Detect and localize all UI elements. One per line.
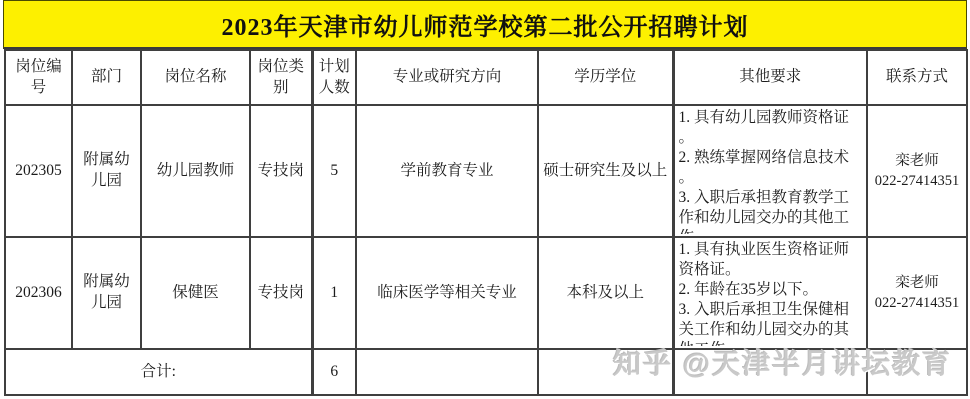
cell-total-label: 合计: bbox=[5, 349, 312, 395]
col-header-department: 部门 bbox=[72, 50, 141, 105]
table-row: 202306 附属幼儿园 保健医 专技岗 1 临床医学等相关专业 本科及以上 1… bbox=[5, 237, 967, 349]
cell-job-title: 保健医 bbox=[141, 237, 250, 349]
cell-total-count: 6 bbox=[312, 349, 356, 395]
zhihu-watermark: 知乎 @天津半月讲坛教育 bbox=[613, 342, 952, 382]
col-header-major: 专业或研究方向 bbox=[356, 50, 538, 105]
col-header-job-title: 岗位名称 bbox=[141, 50, 250, 105]
table-row: 202305 附属幼儿园 幼儿园教师 专技岗 5 学前教育专业 硕士研究生及以上… bbox=[5, 105, 967, 237]
cell-other-requirements: 1. 具有幼儿园教师资格证 。 2. 熟练掌握网络信息技术 。 3. 入职后承担… bbox=[673, 105, 867, 237]
other-requirements-text: 1. 具有执业医生资格证师 资格证。 2. 年龄在35岁以下。 3. 入职后承担… bbox=[679, 240, 863, 346]
cell-job-category: 专技岗 bbox=[250, 237, 312, 349]
cell-empty bbox=[356, 349, 538, 395]
col-header-other-requirements: 其他要求 bbox=[673, 50, 867, 105]
cell-job-title: 幼儿园教师 bbox=[141, 105, 250, 237]
col-header-contact: 联系方式 bbox=[867, 50, 967, 105]
cell-planned-count: 1 bbox=[312, 237, 356, 349]
cell-job-category: 专技岗 bbox=[250, 105, 312, 237]
col-header-job-category: 岗位类别 bbox=[250, 50, 312, 105]
cell-department: 附属幼儿园 bbox=[72, 237, 141, 349]
col-header-planned-count: 计划人数 bbox=[312, 50, 356, 105]
cell-other-requirements: 1. 具有执业医生资格证师 资格证。 2. 年龄在35岁以下。 3. 入职后承担… bbox=[673, 237, 867, 349]
cell-job-id: 202305 bbox=[5, 105, 72, 237]
cell-planned-count: 5 bbox=[312, 105, 356, 237]
page-title: 2023年天津市幼儿师范学校第二批公开招聘计划 bbox=[3, 0, 967, 49]
cell-degree: 本科及以上 bbox=[538, 237, 673, 349]
cell-department: 附属幼儿园 bbox=[72, 105, 141, 237]
cell-contact: 栾老师 022-27414351 bbox=[867, 105, 967, 237]
cell-degree: 硕士研究生及以上 bbox=[538, 105, 673, 237]
col-header-job-id: 岗位编号 bbox=[5, 50, 72, 105]
header-row: 岗位编号 部门 岗位名称 岗位类别 计划人数 专业或研究方向 学历学位 其他要求… bbox=[5, 50, 967, 105]
cell-job-id: 202306 bbox=[5, 237, 72, 349]
cell-major: 临床医学等相关专业 bbox=[356, 237, 538, 349]
other-requirements-text: 1. 具有幼儿园教师资格证 。 2. 熟练掌握网络信息技术 。 3. 入职后承担… bbox=[679, 108, 863, 234]
cell-major: 学前教育专业 bbox=[356, 105, 538, 237]
col-header-degree: 学历学位 bbox=[538, 50, 673, 105]
cell-contact: 栾老师 022-27414351 bbox=[867, 237, 967, 349]
